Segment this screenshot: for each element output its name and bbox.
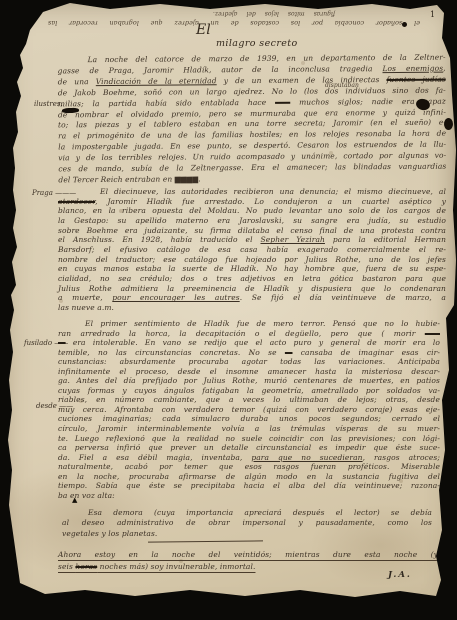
manuscript-line: la Gestapo: su apellido materno era Jaro… (58, 216, 446, 226)
margin-note-ilustres: ilustres, (34, 100, 63, 108)
manuscript-photo: figuras mitos lejos del ajedrez. el soña… (0, 0, 457, 620)
manuscript-line: cuyas formas y cuyos ángulos fatigaban l… (58, 386, 440, 396)
manuscript-line: Esa demora (cuya importancia apreciará d… (62, 508, 432, 518)
manuscript-line: naturalmente, acabó por temer que esos r… (58, 462, 440, 472)
paragraph-underlined-closing: Ahora estoy en la noche del veintidós; m… (58, 549, 438, 572)
manuscript-line: círculo, Jaromir interminablemente volví… (58, 424, 440, 434)
underline-stroke (148, 540, 263, 542)
manuscript-line: Julius Rothe admitiera la preeminencia d… (58, 284, 446, 294)
manuscript-line: nombre del traductor; ese catálogo fue h… (58, 255, 446, 265)
manuscript-line: a muerte, pour encourager les autres. Se… (58, 293, 446, 303)
manuscript-line: en la noche, procuraba afirmarse de algú… (58, 472, 440, 482)
ink-blot (402, 22, 407, 27)
manuscript-line: Barsdorf; el efusivo catálogo de esa cas… (58, 245, 446, 255)
manuscript-line: ba en voz alta: (58, 491, 440, 501)
manuscript-line: da. Fiel a esa débil magia, inventaba, p… (58, 453, 440, 463)
manuscript-line: cialidad, no sea crédulo; dos o tres adj… (58, 274, 446, 284)
manuscript-line: infinitamente el proceso, desde el insom… (58, 367, 440, 377)
manuscript-line: seis horas noches más) soy invulnerable,… (58, 561, 438, 573)
page-title: milagro secreto (216, 38, 298, 49)
manuscript-line: El diecinueve, las autoridades recibiero… (58, 187, 446, 197)
ink-blot (444, 118, 453, 130)
manuscript-line: muy cerca. Afrontaba con verdadero temor… (58, 405, 440, 415)
margin-mark-triangle: ▲ (72, 496, 77, 504)
initials-signature: J.A. (388, 570, 412, 580)
manuscript-line: el Anschluss. En 1928, había traducido e… (58, 235, 446, 245)
manuscript-line: El primer sentimiento de Hladík fue de m… (58, 319, 440, 329)
paragraph-terror: El primer sentimiento de Hladík fue de m… (58, 319, 440, 500)
inverted-annotation-small: figuras mitos lejos del ajedrez. (213, 10, 335, 17)
paragraph-arrest: El diecinueve, las autoridades recibiero… (58, 187, 446, 313)
manuscript-line: en cuyas manos estaba la suerte de Hladí… (58, 264, 446, 274)
paragraph-opening: La noche del catorce de marzo de 1939, e… (58, 53, 447, 187)
manuscript-line: del Tercer Reich entraban en ▆▆▆▆. (58, 173, 446, 187)
manuscript-line: al deseo administrativo de obrar imperso… (62, 518, 432, 528)
manuscript-line: las nueve a.m. (58, 303, 446, 313)
manuscript-line: ca perversa infirió que prever un detall… (58, 443, 440, 453)
paper-stains (0, 0, 2, 2)
paragraph-demora: Esa demora (cuya importancia apreciará d… (62, 508, 432, 539)
manuscript-line: atardecer, Jaromir Hladík fue arrestado.… (58, 197, 446, 207)
manuscript-line: riables, en número cambiante, que a vece… (58, 395, 440, 405)
manuscript-line: ga. Antes del día prefijado por Julius R… (58, 376, 440, 386)
manuscript-line: blanco, en la ribera opuesta del Moldau.… (58, 206, 446, 216)
manuscript-line: — era intolerable. En vano se redijo que… (58, 338, 440, 348)
page-number: 1 (430, 10, 435, 19)
manuscript-line: ran arredrado la horca, la decapitación … (58, 329, 440, 339)
manuscript-line: tiempo. Sabía que éste se precipitaba ha… (58, 481, 440, 491)
manuscript-line: temible, no las circunstancias concretas… (58, 348, 440, 358)
manuscript-line: sobre Boehme era judaizante, su firma di… (58, 226, 446, 236)
manuscript-line: Ahora estoy en la noche del veintidós; m… (58, 549, 438, 561)
manuscript-line: cuciones imaginarias; cada simulacro dur… (58, 414, 440, 424)
page-title-initial: El (196, 22, 211, 38)
manuscript-line: te. Luego reflexionó que la realidad no … (58, 434, 440, 444)
inverted-annotation: el soñador concebía por los costados de … (48, 19, 420, 27)
manuscript-line: cunstancias: absurdamente procuraba agot… (58, 357, 440, 367)
manuscript-page: figuras mitos lejos del ajedrez. el soña… (0, 0, 457, 620)
manuscript-line: vegetales y los planetas. (62, 529, 432, 539)
